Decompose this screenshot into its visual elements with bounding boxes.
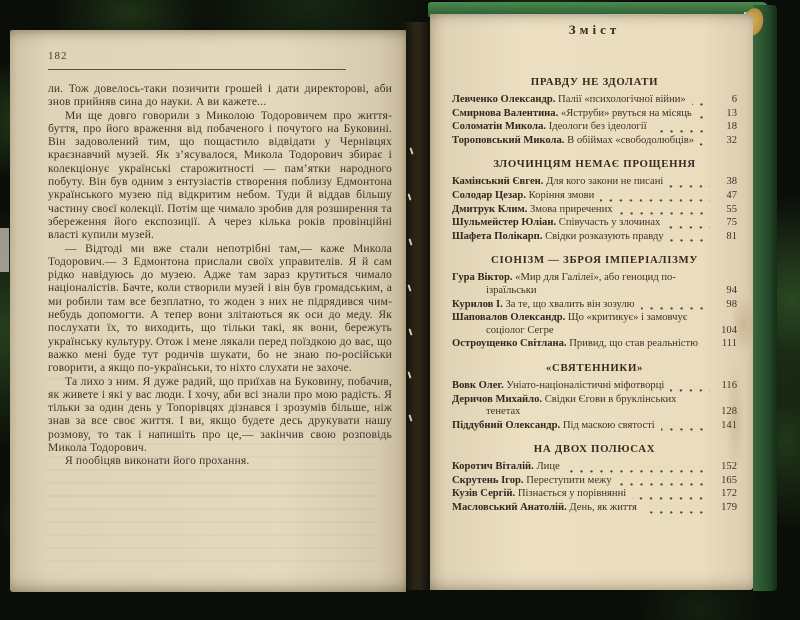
toc-section-heading: ЗЛОЧИНЦЯМ НЕМАЄ ПРОЩЕННЯ: [452, 158, 737, 170]
toc-section-heading: «СВЯТЕННИКИ»: [452, 362, 737, 374]
toc-entry-page: 18: [713, 121, 737, 134]
dot-leader: [704, 326, 710, 336]
toc-entry-author: Кузів Сергій.: [452, 488, 515, 499]
toc-entry-author: Остроущенко Світлана.: [452, 338, 567, 349]
toc-entry-author: Масловський Анатолій.: [452, 502, 567, 513]
body-text: ли. Тож довелось-таки позичити грошей і …: [48, 82, 392, 468]
toc-entry-title: Ідеологи без ідеології: [549, 121, 647, 132]
toc-entry: Скрутень Ігор. Переступити межу 165: [452, 475, 737, 488]
dot-leader: [619, 205, 710, 215]
toc-entry-page: 172: [713, 488, 737, 501]
toc-entry: Дмитрук Клим. Змова приречених 55: [452, 204, 737, 217]
dot-leader: [643, 504, 710, 514]
toc-entry-author: Смирнова Валентина.: [452, 108, 558, 119]
paragraph: Я пообіцяв виконати його прохання.: [48, 454, 392, 467]
book-gutter: [402, 22, 432, 590]
photo-background: { "colors": { "cover_green": "#2f5c33", …: [0, 0, 800, 620]
toc-entry: Коротич Віталій. Лице 152: [452, 461, 737, 474]
toc-entry-author: Соломатін Микола.: [452, 121, 546, 132]
toc-entry-page: 47: [713, 190, 737, 203]
toc-entry-title: Співучасть у злочинах: [559, 217, 661, 228]
page-stain: [730, 294, 756, 354]
toc-entry: Тороповський Микола. В обіймах «свободол…: [452, 135, 737, 148]
toc-entry-page: 38: [713, 176, 737, 189]
toc-entry: Соломатін Микола. Ідеологи без ідеології…: [452, 121, 737, 134]
dot-leader: [632, 490, 710, 500]
toc-entry-page: 13: [713, 108, 737, 121]
toc-entry: Смирнова Валентина. «Яструби» рвуться на…: [452, 108, 737, 121]
toc-section: ПРАВДУ НЕ ЗДОЛАТИ Левченко Олександр. Па…: [452, 76, 737, 147]
toc-entry: Кузів Сергій. Пізнається у порівнянні 17…: [452, 488, 737, 501]
toc-entry-title: Привид, що став реальністю: [569, 338, 698, 349]
dot-leader: [698, 109, 710, 119]
paragraph: Та лихо з ним. Я дуже радий, що приїхав …: [48, 375, 392, 455]
toc-entry-page: 165: [713, 475, 737, 488]
dot-leader: [666, 219, 710, 229]
dot-leader: [600, 192, 710, 202]
toc-entry: Солодар Цезар. Коріння змови 47: [452, 190, 737, 203]
dot-leader: [618, 476, 710, 486]
toc-entry-author: Піддубний Олександр.: [452, 420, 560, 431]
dot-leader: [692, 96, 710, 106]
toc-entry-title: День, як життя: [569, 502, 637, 513]
dot-leader: [704, 287, 710, 297]
dot-leader: [704, 408, 710, 418]
toc-entry-page: 75: [713, 217, 737, 230]
toc-entry-author: Шульмейстер Юліан.: [452, 217, 556, 228]
dot-leader: [661, 421, 710, 431]
toc-entry-title: Свідки розказують правду: [545, 231, 664, 242]
toc-section-heading: ПРАВДУ НЕ ЗДОЛАТИ: [452, 76, 737, 88]
paragraph: Ми ще довго говорили з Миколою Тодорович…: [48, 109, 392, 242]
toc-entry-author: Шафета Полікарп.: [452, 231, 542, 242]
toc-entry-title: Змова приречених: [530, 204, 613, 215]
paragraph: ли. Тож довелось-таки позичити грошей і …: [48, 82, 392, 109]
toc-entry-page: 6: [713, 94, 737, 107]
toc-entry-page: 179: [713, 502, 737, 515]
dot-leader: [653, 123, 710, 133]
book-cover-right-edge: [753, 5, 777, 591]
toc-entry: Масловський Анатолій. День, як життя 179: [452, 502, 737, 515]
toc-entry-author: Скрутень Ігор.: [452, 475, 524, 486]
toc-section-heading: НА ДВОХ ПОЛЮСАХ: [452, 443, 737, 455]
page-stain: [726, 364, 744, 474]
toc-entry: Остроущенко Світлана. Привид, що став ре…: [452, 338, 737, 351]
left-page: 182 ли. Тож довелось-таки позичити гроше…: [10, 30, 406, 592]
toc-section-heading: СІОНІЗМ — ЗБРОЯ ІМПЕРІАЛІЗМУ: [452, 254, 737, 266]
toc-entry-author: Шаповалов Олександр.: [452, 312, 565, 323]
toc-entry-author: Вовк Олег.: [452, 380, 504, 391]
toc-entry: Шульмейстер Юліан. Співучасть у злочинах…: [452, 217, 737, 230]
toc-entry-title: Уніато-націоналістичні міфотворці: [506, 380, 664, 391]
toc-entry-author: Тороповський Микола.: [452, 135, 564, 146]
dot-leader: [669, 178, 710, 188]
paragraph: — Відтоді ми вже стали непотрібні там,— …: [48, 242, 392, 375]
toc-entry-page: 81: [713, 231, 737, 244]
toc-entry: Вовк Олег. Уніато-націоналістичні міфотв…: [452, 380, 737, 393]
toc-entry-author: Курилов І.: [452, 299, 503, 310]
toc-entry-title: «Мир для Галілеї», або геноцид по-ізраїл…: [486, 272, 676, 296]
toc-entry-author: Деричов Михайло.: [452, 394, 542, 405]
dot-leader: [566, 463, 710, 473]
toc-entry-page: 32: [713, 135, 737, 148]
toc-entry-title: Лице: [536, 461, 559, 472]
right-page: Зміст ПРАВДУ НЕ ЗДОЛАТИ Левченко Олексан…: [430, 14, 753, 590]
toc-entry-title: Палії «психологічної війни»: [558, 94, 686, 105]
toc-entry-title: Переступити межу: [526, 475, 611, 486]
toc-entry-title: Коріння змови: [529, 190, 595, 201]
toc-entry-title: Пізнається у порівнянні: [518, 488, 626, 499]
dot-leader: [641, 300, 710, 310]
toc-entry: Камінський Євген. Для кого закони не пис…: [452, 176, 737, 189]
toc-entry-title: Для кого закони не писані: [546, 176, 663, 187]
page-number: 182: [48, 50, 392, 62]
toc-entry-author: Левченко Олександр.: [452, 94, 555, 105]
toc-section: «СВЯТЕННИКИ» Вовк Олег. Уніато-націоналі…: [452, 362, 737, 432]
toc-entry: Піддубний Олександр. Під маскою святості…: [452, 420, 737, 433]
toc-entry-author: Камінський Євген.: [452, 176, 543, 187]
toc-entry-title: В обіймах «свободолюбців»: [567, 135, 694, 146]
toc-entry-title: «Яструби» рвуться на місяць: [561, 108, 692, 119]
toc-entry: Левченко Олександр. Палії «психологічної…: [452, 94, 737, 107]
dot-leader: [704, 340, 710, 350]
toc-title: Зміст: [452, 22, 737, 38]
toc-entry-page: 94: [713, 285, 737, 298]
toc-entry-title: Під маскою святості: [563, 420, 655, 431]
toc-entry: Шаповалов Олександр. Що «критикує» і зам…: [452, 312, 737, 337]
toc-section: СІОНІЗМ — ЗБРОЯ ІМПЕРІАЛІЗМУ Гура Віктор…: [452, 254, 737, 351]
toc-entry-author: Коротич Віталій.: [452, 461, 534, 472]
toc-entry: Курилов І. За те, що хвалить він зозулю …: [452, 299, 737, 312]
toc-section: ЗЛОЧИНЦЯМ НЕМАЄ ПРОЩЕННЯ Камінський Євге…: [452, 158, 737, 243]
toc-entry: Гура Віктор. «Мир для Галілеї», або гено…: [452, 272, 737, 297]
background-light-patch: [0, 228, 9, 272]
dot-leader: [700, 136, 710, 146]
toc-entry-page: 55: [713, 204, 737, 217]
toc-section: НА ДВОХ ПОЛЮСАХ Коротич Віталій. Лице 15…: [452, 443, 737, 514]
dot-leader: [670, 232, 710, 242]
toc-entry-author: Гура Віктор.: [452, 272, 513, 283]
dot-leader: [670, 382, 710, 392]
header-rule: [48, 69, 346, 70]
toc-entry: Деричов Михайло. Свідки Єгови в бруклінс…: [452, 394, 737, 419]
toc-entry-author: Дмитрук Клим.: [452, 204, 527, 215]
toc-entry: Шафета Полікарп. Свідки розказують правд…: [452, 231, 737, 244]
toc-entry-title: За те, що хвалить він зозулю: [505, 299, 634, 310]
toc-entry-author: Солодар Цезар.: [452, 190, 526, 201]
